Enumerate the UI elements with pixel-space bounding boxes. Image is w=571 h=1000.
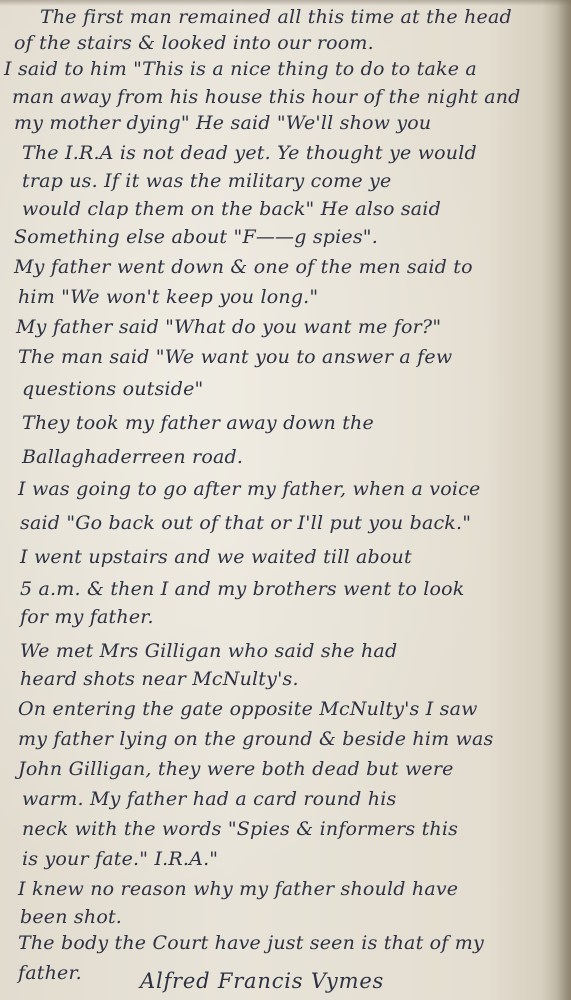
page-right-edge [557, 0, 571, 1000]
handwritten-line: Ballaghaderreen road. [22, 444, 243, 470]
handwritten-line: John Gilligan, they were both dead but w… [18, 756, 454, 782]
handwritten-line: My father went down & one of the men sai… [14, 254, 473, 280]
handwritten-line: I went upstairs and we waited till about [20, 544, 412, 570]
handwritten-line: I knew no reason why my father should ha… [18, 876, 458, 902]
handwritten-line: warm. My father had a card round his [22, 786, 396, 812]
handwritten-line: been shot. [20, 904, 122, 930]
handwritten-line: I said to him "This is a nice thing to d… [4, 56, 477, 82]
handwritten-line: man away from his house this hour of the… [12, 84, 521, 110]
handwritten-line: would clap them on the back" He also sai… [22, 196, 441, 222]
handwritten-line: We met Mrs Gilligan who said she had [20, 638, 397, 664]
handwritten-line: 5 a.m. & then I and my brothers went to … [20, 576, 465, 602]
handwritten-line: neck with the words "Spies & informers t… [22, 816, 458, 842]
handwritten-line: my father lying on the ground & beside h… [18, 726, 494, 752]
handwritten-line: My father said "What do you want me for?… [16, 314, 441, 340]
handwritten-line: On entering the gate opposite McNulty's … [18, 696, 478, 722]
handwritten-line: of the stairs & looked into our room. [14, 30, 374, 56]
handwritten-line: The body the Court have just seen is tha… [18, 930, 484, 956]
handwritten-line: is your fate." I.R.A." [22, 846, 218, 872]
handwritten-line: for my father. [20, 604, 154, 630]
handwritten-line: father. [18, 960, 82, 986]
handwritten-line: I was going to go after my father, when … [18, 476, 480, 502]
handwritten-line: said "Go back out of that or I'll put yo… [20, 510, 471, 536]
handwritten-line: The man said "We want you to answer a fe… [18, 344, 452, 370]
handwritten-line: The I.R.A is not dead yet. Ye thought ye… [22, 140, 477, 166]
handwritten-line: The first man remained all this time at … [40, 4, 512, 30]
handwritten-line: They took my father away down the [22, 410, 374, 436]
handwritten-line: trap us. If it was the military come ye [22, 168, 391, 194]
handwritten-line: Something else about "F——g spies". [14, 224, 378, 250]
handwritten-line: my mother dying" He said "We'll show you [14, 110, 431, 136]
handwritten-line: questions outside" [22, 376, 203, 402]
document-page: The first man remained all this time at … [0, 0, 571, 1000]
signature: Alfred Francis Vymes [140, 968, 384, 994]
handwritten-line: heard shots near McNulty's. [20, 666, 299, 692]
handwritten-line: him "We won't keep you long." [18, 284, 318, 310]
